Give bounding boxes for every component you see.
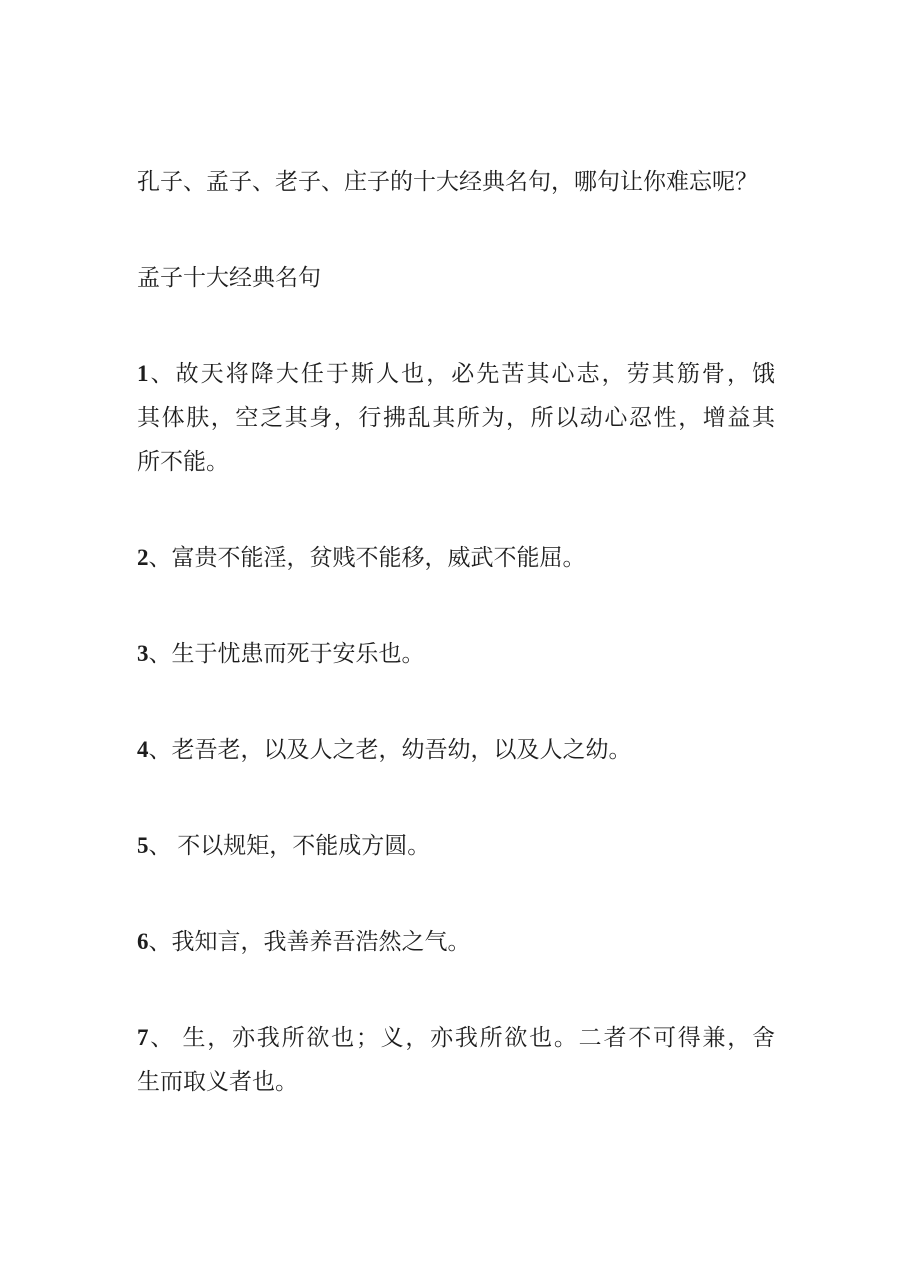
quote-number: 1 — [137, 361, 149, 386]
quote-number: 2 — [137, 545, 149, 570]
quote-item: 6、我知言，我善养吾浩然之气。 — [137, 920, 775, 964]
quote-line: 生而取义者也。 — [137, 1060, 775, 1104]
document-page: 孔子、孟子、老子、庄子的十大经典名句，哪句让你难忘呢？ 孟子十大经典名句 1、故… — [0, 0, 905, 1280]
quote-line: 1、故天将降大任于斯人也，必先苦其心志，劳其筋骨，饿 — [137, 352, 775, 396]
quote-line: 所不能。 — [137, 440, 775, 484]
quote-item: 3、生于忧患而死于安乐也。 — [137, 632, 775, 676]
quote-number: 3 — [137, 641, 149, 666]
section-heading: 孟子十大经典名句 — [137, 256, 775, 300]
quote-line: 2、富贵不能淫，贫贱不能移，威武不能屈。 — [137, 536, 775, 580]
quote-number: 5 — [137, 833, 149, 858]
quote-line: 3、生于忧患而死于安乐也。 — [137, 632, 775, 676]
quote-item: 4、老吾老，以及人之老，幼吾幼，以及人之幼。 — [137, 728, 775, 772]
quote-number: 4 — [137, 737, 149, 762]
quote-number: 6 — [137, 929, 149, 954]
quote-item: 2、富贵不能淫，贫贱不能移，威武不能屈。 — [137, 536, 775, 580]
quote-line: 其体肤，空乏其身，行拂乱其所为，所以动心忍性，增益其 — [137, 396, 775, 440]
quote-item: 7、 生，亦我所欲也；义，亦我所欲也。二者不可得兼，舍生而取义者也。 — [137, 1016, 775, 1104]
quote-item: 1、故天将降大任于斯人也，必先苦其心志，劳其筋骨，饿其体肤，空乏其身，行拂乱其所… — [137, 352, 775, 484]
quote-line: 5、 不以规矩，不能成方圆。 — [137, 824, 775, 868]
quote-line: 4、老吾老，以及人之老，幼吾幼，以及人之幼。 — [137, 728, 775, 772]
quotes-list: 1、故天将降大任于斯人也，必先苦其心志，劳其筋骨，饿其体肤，空乏其身，行拂乱其所… — [137, 352, 775, 1104]
quote-number: 7 — [137, 1025, 149, 1050]
quote-line: 7、 生，亦我所欲也；义，亦我所欲也。二者不可得兼，舍 — [137, 1016, 775, 1060]
page-title: 孔子、孟子、老子、庄子的十大经典名句，哪句让你难忘呢？ — [137, 160, 775, 204]
quote-line: 6、我知言，我善养吾浩然之气。 — [137, 920, 775, 964]
quote-item: 5、 不以规矩，不能成方圆。 — [137, 824, 775, 868]
